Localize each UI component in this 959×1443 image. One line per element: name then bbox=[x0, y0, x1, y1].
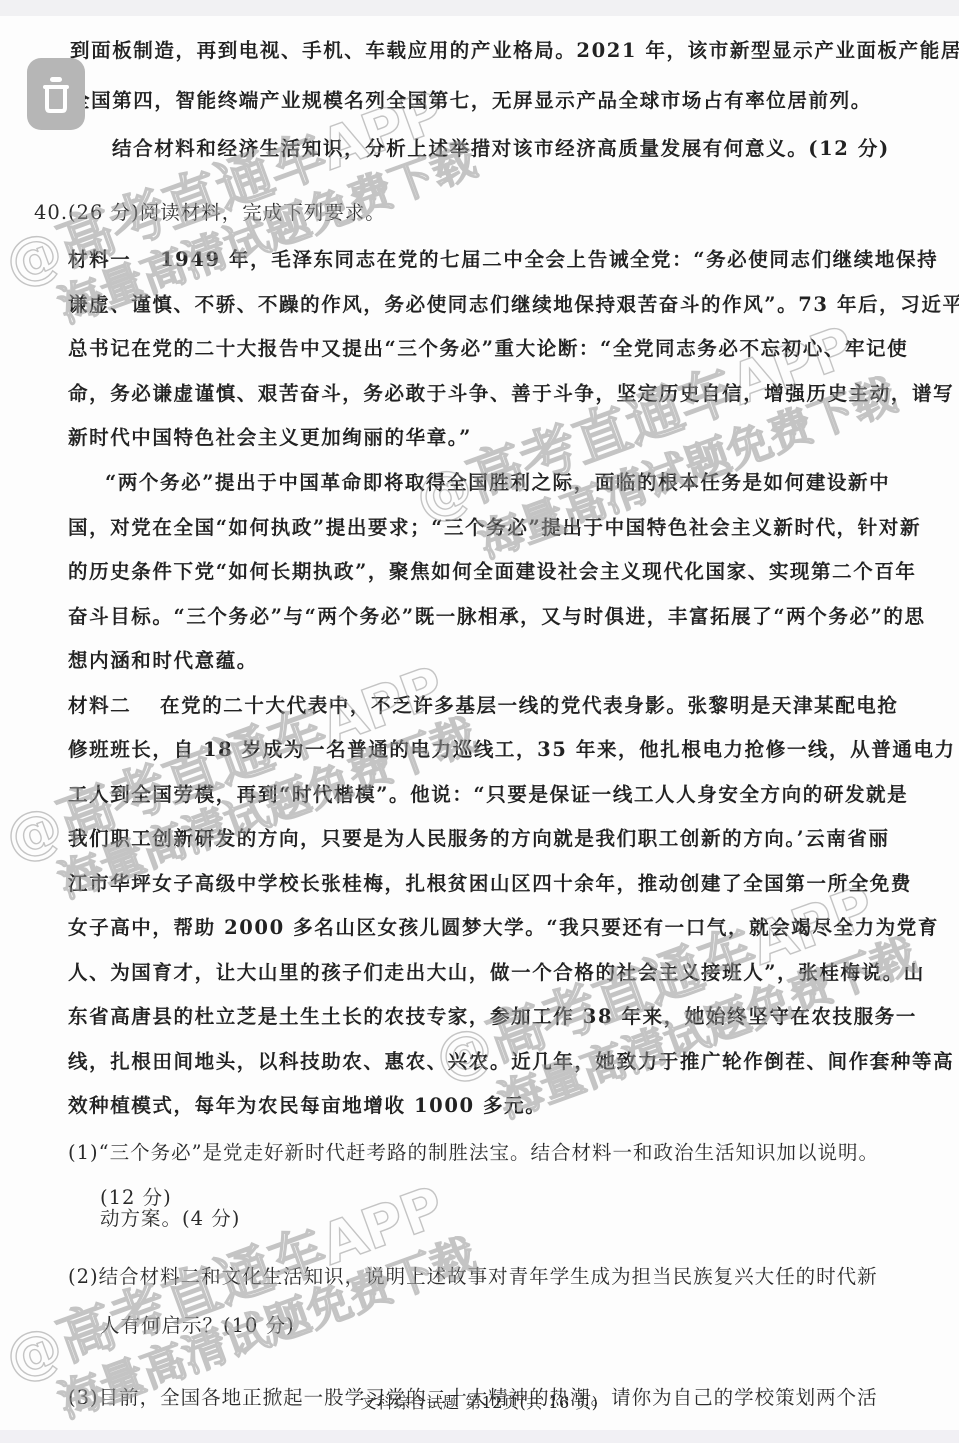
material-two-line: 工人到全国劳模，再到“时代楷模”。他说：“只要是保证一线工人人身安全方向的研发就… bbox=[68, 783, 908, 807]
question-header: 40.(26 分)阅读材料，完成下列要求。 bbox=[34, 201, 386, 225]
material-one-line: 谦虚、谨慎、不骄、不躁的作风，务必使同志们继续地保持艰苦奋斗的作风”。73 年后… bbox=[68, 293, 959, 317]
material-one-line: 总书记在党的二十大报告中又提出“三个务必”重大论断：“全党同志务必不忘初心、牢记… bbox=[68, 337, 908, 361]
carryover-line-2: 全国第四，智能终端产业规模名列全国第七，无屏显示产品全球市场占有率位居前列。 bbox=[70, 89, 872, 113]
bottom-bar bbox=[0, 1430, 959, 1443]
material-one-line: 的历史条件下党“如何长期执政”，聚焦如何全面建设社会主义现代化国家、实现第二个百… bbox=[68, 560, 917, 584]
subquestion-2: (2)结合材料二和文化生活知识，说明上述故事对青年学生成为担当民族复兴大任的时代… bbox=[68, 1265, 878, 1289]
top-bar bbox=[0, 0, 959, 16]
trash-icon bbox=[39, 74, 73, 114]
material-one-line: “两个务必”提出于中国革命即将取得全国胜利之际，面临的根本任务是如何建设新中 bbox=[105, 471, 890, 495]
material-one-line: 1949 年，毛泽东同志在党的七届二中全会上告诫全党：“务必使同志们继续地保持 bbox=[160, 248, 938, 272]
material-two-line: 修班班长，自 18 岁成为一名普通的电力巡线工，35 年来，他扎根电力抢修一线，… bbox=[68, 738, 956, 762]
material-one-line: 想内涵和时代意蕴。 bbox=[68, 649, 258, 673]
material-two-line: 线，扎根田间地头，以科技助农、惠农、兴农。近几年，她致力于推广轮作倒茬、间作套种… bbox=[68, 1050, 954, 1074]
material-two-line: 女子高中，帮助 2000 多名山区女孩儿圆梦大学。“我只要还有一口气，就会竭尽全… bbox=[68, 916, 939, 940]
material-one-line: 国，对党在全国“如何执政”提出要求；“三个务必”提出于中国特色社会主义新时代，针… bbox=[68, 516, 921, 540]
material-one-label: 材料一 bbox=[68, 248, 131, 272]
subquestion-3-score: 动方案。(4 分) bbox=[100, 1207, 240, 1231]
subquestion-1: (1)“三个务必”是党走好新时代赶考路的制胜法宝。结合材料一和政治生活知识加以说… bbox=[68, 1141, 879, 1165]
material-two-line: 在党的二十大代表中，不乏许多基层一线的党代表身影。张黎明是天津某配电抢 bbox=[160, 694, 899, 718]
carryover-task: 结合材料和经济生活知识，分析上述举措对该市经济高质量发展有何意义。(12 分) bbox=[112, 137, 890, 161]
subquestion-2-score: 人有何启示？(10 分) bbox=[100, 1314, 295, 1338]
material-one-line: 新时代中国特色社会主义更加绚丽的华章。” bbox=[68, 426, 472, 450]
material-two-line: 江市华坪女子高级中学校长张桂梅，扎根贫困山区四十余年，推动创建了全国第一所全免费 bbox=[68, 872, 912, 896]
material-two-line: 效种植模式，每年为农民每亩地增收 1000 多元。 bbox=[68, 1094, 546, 1118]
material-one-line: 命，务必谦虚谨慎、艰苦奋斗，务必敢于斗争、善于斗争，坚定历史自信，增强历史主动，… bbox=[68, 382, 954, 406]
carryover-line-1: 到面板制造，再到电视、手机、车载应用的产业格局。2021 年，该市新型显示产业面… bbox=[70, 39, 959, 63]
material-one-line: 奋斗目标。“三个务必”与“两个务必”既一脉相承，又与时俱进，丰富拓展了“两个务必… bbox=[68, 605, 926, 629]
delete-button[interactable] bbox=[27, 58, 85, 130]
material-two-line: 我们职工创新研发的方向，只要是为人民服务的方向就是我们职工创新的方向。’云南省丽 bbox=[68, 827, 890, 851]
material-two-line: 人、为国育才，让大山里的孩子们走出大山，做一个合格的社会主义接班人”，张桂梅说。… bbox=[68, 961, 925, 985]
material-two-label: 材料二 bbox=[68, 694, 131, 718]
page-footer: 文科综合试题 第12页(共 16 页) bbox=[0, 1390, 959, 1413]
material-two-line: 东省高唐县的杜立芝是土生土长的农技专家，参加工作 38 年来，她始终坚守在农技服… bbox=[68, 1005, 917, 1029]
